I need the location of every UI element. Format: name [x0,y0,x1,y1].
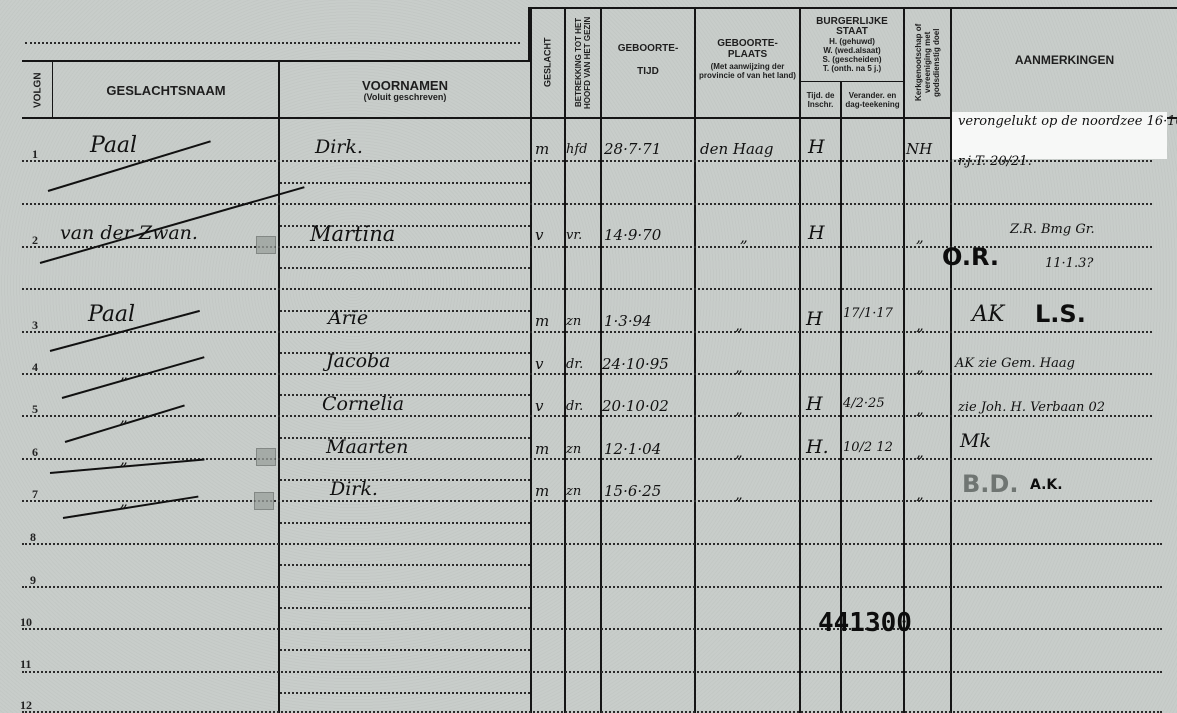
birth-date-row-3: 1·3·94 [604,312,652,330]
row-line-7 [22,500,1152,502]
sex-row-4: v [535,355,543,373]
given-name-row-3: Arie [328,307,368,329]
header-top-rule-left [22,60,532,62]
church-row-1: NH [906,140,932,158]
header-burgerlijke-w: W. (wed.alsaat) [823,46,880,55]
row-line-4 [22,373,1152,375]
row-line-11 [22,671,1162,673]
remark-row-4: AK zie Gem. Haag [955,356,1075,371]
birth-date-row-7: 15·6·25 [604,482,661,500]
relation-row-7: zn [566,484,581,499]
row-subline [280,607,530,609]
row-line-sep [22,203,1152,205]
persoonskaart-document: VOLGN GESLACHTSNAAM VOORNAMEN (Voluit ge… [0,0,1177,713]
row-line-3 [22,331,1152,333]
header-burgerlijke-line2: STAAT [836,27,868,37]
row-subline [280,692,530,694]
header-geboorteplaats-line2: PLAATS [728,49,767,60]
header-kerkgenootschap: Kerkgenootschap of vereeniging met godsd… [905,10,950,115]
remark-row-1-ref: r.j.T. 20/21. [958,154,1032,169]
civil-status-row-1: H [808,136,825,158]
stamp-or: O.R. [942,243,999,271]
row-subline [280,394,530,396]
birth-place-row-7: „ [735,485,743,503]
sex-row-1: m [535,140,549,158]
strikethrough-row-4 [62,356,205,399]
surname-row-3: Paal [88,302,135,327]
row-subline [280,267,530,269]
header-geslachtsnaam-label: GESLACHTSNAAM [106,84,225,97]
row-subline [280,649,530,651]
stamp-box-row-7 [254,492,274,510]
header-burgerlijke-staat: BURGERLIJKE STAAT H. (gehuwd) W. (wed.al… [801,10,903,80]
header-volgnr: VOLGN [26,64,50,116]
header-aanmerkingen: AANMERKINGEN [952,45,1177,75]
header-tijd-inschr: Tijd. de Inschr. [801,83,840,116]
row-number-6: 6 [32,445,38,460]
relation-row-4: dr. [566,357,583,372]
row-subline [280,522,530,524]
burgerlijk-sub-rule [800,81,903,82]
birth-place-row-5: „ [735,400,743,418]
stamp-bd: B.D. [962,470,1018,498]
given-name-row-4: Jacoba [326,350,391,372]
header-top-rule-right [528,7,1177,9]
top-dotted-line [25,42,520,44]
row-number-7: 7 [32,487,38,502]
header-burgerlijke-s: S. (gescheiden) [822,55,881,64]
sex-row-5: v [535,397,543,415]
row-number-10: 10 [20,615,32,630]
surname-row-1: Paal [90,133,137,158]
given-name-row-5: Cornelia [322,393,404,415]
sex-row-6: m [535,440,549,458]
relation-row-5: dr. [566,399,583,414]
row-number-5: 5 [32,402,38,417]
birth-place-row-4: „ [735,358,743,376]
relation-row-6: zn [566,442,581,457]
serial-number-stamp: 441300 [818,608,912,638]
remark-row-1: verongelukt op de noordzee 16·10·16. [958,114,1177,129]
stamp-ak: A.K. [1030,477,1063,493]
header-geboorteplaats-sub: (Met aanwijzing der provincie of van het… [696,62,799,80]
civil-status-row-3: H [806,308,823,330]
remark-row-2: Z.R. Bmg Gr. [1010,222,1095,237]
civil-status-row-2: H [808,222,825,244]
row-subline [280,182,530,184]
header-geboortetijd-line1: GEBOORTE- [618,42,679,55]
change-date-row-5: 4/2·25 [843,396,885,411]
row-number-9: 9 [30,573,36,588]
row-number-12: 12 [20,698,32,713]
col-rule-geboortetijd [694,7,696,713]
remark-row-3: AK [972,302,1004,327]
church-row-6: „ [916,443,924,461]
sex-row-7: m [535,482,549,500]
birth-place-row-6: „ [735,443,743,461]
header-geboorteplaats: GEBOORTE- PLAATS (Met aanwijzing der pro… [696,28,799,90]
birth-date-row-4: 24·10·95 [602,355,669,373]
header-voornamen-sub: (Voluit geschreven) [364,92,447,102]
row-number-11: 11 [20,657,31,672]
church-row-3: „ [916,316,924,334]
header-burgerlijke-t: T. (onth. na 5 j.) [823,64,881,73]
relation-row-3: zn [566,314,581,329]
church-row-4: „ [916,358,924,376]
relation-row-1: hfd [566,142,588,157]
sex-row-3: m [535,312,549,330]
stamp-box-row-6 [256,448,276,466]
remark-row-2-date: 11·1.3? [1045,256,1093,271]
surname-row-2: van der Zwan. [60,222,198,244]
header-verander: Verander. en dag-teekening [842,83,903,116]
header-geboortetijd: GEBOORTE- TIJD [602,30,694,90]
header-betrekking: BETREKKING TOT HET HOOFD VAN HET GEZIN [566,10,600,115]
church-row-7: „ [916,485,924,503]
birth-date-row-6: 12·1·04 [604,440,661,458]
header-geslacht: GESLACHT [532,10,564,115]
row-line-sep [22,288,1152,290]
row-number-4: 4 [32,360,38,375]
given-name-row-2: Martina [310,222,395,246]
row-line-5 [22,415,1152,417]
remark-row-5: zie Joh. H. Verbaan 02 [958,400,1105,415]
row-number-2: 2 [32,233,38,248]
birth-place-row-3: „ [735,316,743,334]
stamp-ls: L.S. [1035,300,1086,328]
birth-date-row-2: 14·9·70 [604,226,661,244]
row-subline [280,564,530,566]
row-number-3: 3 [32,318,38,333]
birth-place-row-2: „ [740,228,748,246]
civil-status-row-6: H. [806,436,829,458]
header-burgerlijke-h: H. (gehuwd) [829,37,875,46]
row-subline [280,352,530,354]
row-line-8 [22,543,1162,545]
given-name-row-7: Dirk. [330,478,378,500]
row-line-9 [22,586,1162,588]
header-voornamen-label: VOORNAMEN [362,79,448,92]
church-row-5: „ [916,400,924,418]
civil-status-row-5: H [806,393,823,415]
row-subline [280,310,530,312]
birth-place-row-1: den Haag [700,140,773,158]
relation-row-2: vr. [566,228,582,243]
given-name-row-6: Maarten [326,436,408,458]
header-geboorteplaats-line1: GEBOORTE- [717,38,778,49]
row-line-10 [22,628,1162,630]
header-geslachtsnaam: GESLACHTSNAAM [54,70,278,110]
birth-date-row-1: 28·7·71 [604,140,661,158]
sex-row-2: v [535,226,543,244]
remark-row-6: Mk [960,430,991,452]
row-number-1: 1 [32,147,38,162]
col-rule-volgnr [52,62,53,117]
change-date-row-3: 17/1·17 [843,306,893,321]
stamp-box-row-2 [256,236,276,254]
row-number-8: 8 [30,530,36,545]
church-row-2: „ [916,228,924,246]
header-voornamen: VOORNAMEN (Voluit geschreven) [280,70,530,110]
birth-date-row-5: 20·10·02 [602,397,669,415]
change-date-row-6: 10/2 12 [843,440,893,455]
header-geboortetijd-line2: TIJD [637,65,659,78]
given-name-row-1: Dirk. [315,136,363,158]
row-subline [280,479,530,481]
